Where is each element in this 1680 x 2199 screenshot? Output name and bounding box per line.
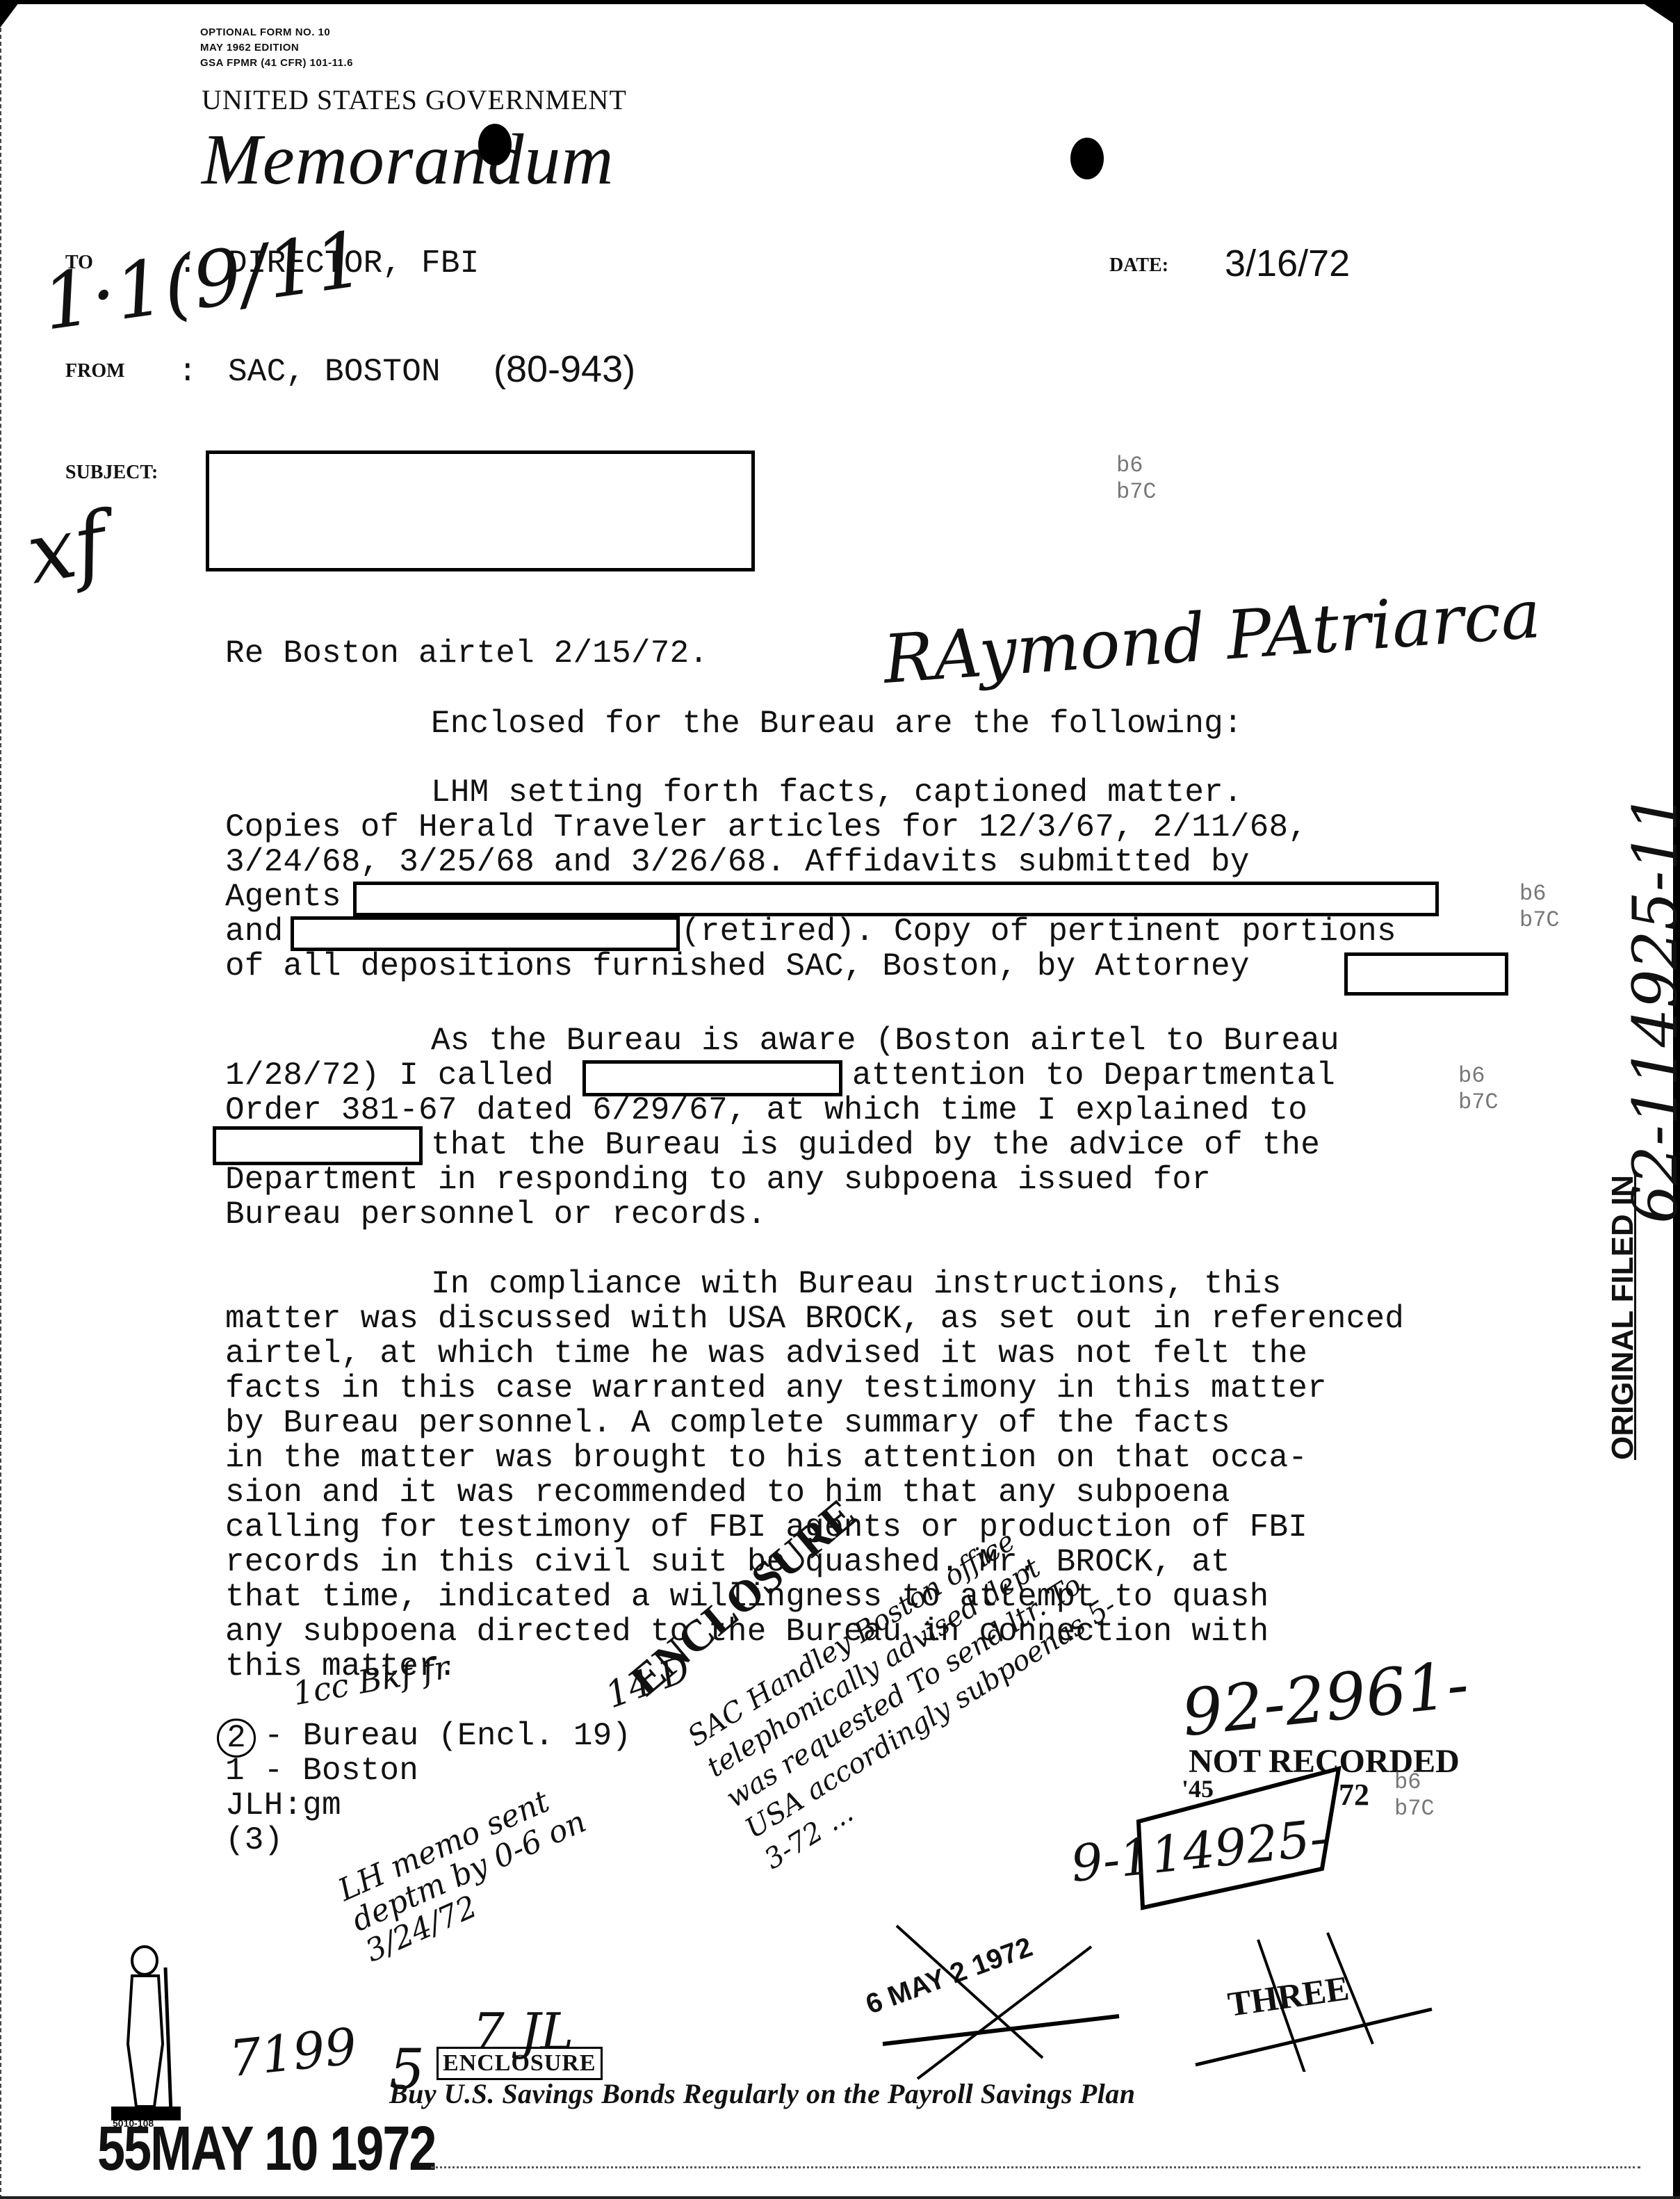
para3-line: airtel, at which time he was advised it … [225, 1336, 1307, 1372]
para2-line: that the Bureau is guided by the advice … [431, 1128, 1320, 1163]
exemption-b7c: b7C [1116, 480, 1157, 505]
para2-line: attention to Departmental [852, 1058, 1335, 1094]
para1-line: 3/24/68, 3/25/68 and 3/26/68. Affidavits… [225, 845, 1250, 880]
form-edition: MAY 1962 EDITION [200, 42, 299, 54]
from-label: FROM [65, 360, 125, 382]
original-filed-in-text: ORIGINAL FILED IN [1606, 1175, 1640, 1460]
government-heading: UNITED STATES GOVERNMENT [202, 83, 627, 116]
from-colon: : [178, 355, 197, 390]
enclosed-intro: Enclosed for the Bureau are the followin… [431, 706, 1243, 742]
reference-line: Re Boston airtel 2/15/72. [225, 636, 708, 672]
scan-edge-left [0, 0, 3, 2199]
para1-line: Copies of Herald Traveler articles for 1… [225, 810, 1307, 845]
received-date-stamp: 55MAY 10 1972 [97, 2113, 435, 2185]
para3-line: matter was discussed with USA BROCK, as … [225, 1301, 1404, 1337]
form-number: OPTIONAL FORM NO. 10 [200, 26, 330, 39]
handwritten-file-number: 92-2961- [1179, 1647, 1472, 1751]
para3-line: sion and it was recommended to him that … [225, 1475, 1230, 1511]
date-value: 3/16/72 [1225, 242, 1350, 285]
distribution-line: - Bureau (Encl. 19) [264, 1719, 631, 1754]
para1-line: LHM setting forth facts, captioned matte… [431, 775, 1243, 811]
redaction-explained-to [213, 1126, 423, 1165]
original-filed-in-stamp: ORIGINAL FILED IN [1606, 1175, 1640, 1460]
exemption-b6: b6 [1458, 1064, 1485, 1089]
handwritten-initials-to: 1·1(9/11 [37, 214, 369, 347]
form-regulation: GSA FPMR (41 CFR) 101-11.6 [200, 57, 353, 70]
redaction-called [582, 1060, 842, 1096]
typist-initials: JLH:gm [225, 1788, 341, 1824]
handwritten-serial-199: 7199 [227, 2017, 359, 2088]
scan-edge-top [0, 0, 1680, 4]
memorandum-page: OPTIONAL FORM NO. 10 MAY 1962 EDITION GS… [0, 0, 1680, 2199]
redaction-agents [353, 882, 1439, 916]
exemption-b6: b6 [1116, 453, 1143, 478]
redaction-subject [206, 451, 755, 571]
subject-label: SUBJECT: [65, 462, 158, 484]
para2-line: Bureau personnel or records. [225, 1197, 767, 1233]
para3-line: calling for testimony of FBI agents or p… [225, 1510, 1307, 1545]
para2-line: 1/28/72) I called [225, 1058, 554, 1094]
punch-hole [1070, 138, 1104, 179]
exemption-b7c: b7C [1458, 1090, 1499, 1115]
scan-edge-bottom [0, 2196, 1680, 2199]
handwritten-main-file-number: 62-114925-11 [1620, 793, 1680, 1224]
from-file-number: (80-943) [494, 348, 635, 391]
handwritten-initial-subject: xf [20, 494, 114, 603]
handwritten-name: RAymond PAtriarca [881, 575, 1543, 699]
para1-line: Agents [225, 879, 341, 915]
minuteman-logo-icon [104, 1940, 188, 2134]
scan-corner [1638, 0, 1680, 28]
exemption-b6: b6 [1519, 882, 1546, 907]
footer-slogan: Buy U.S. Savings Bonds Regularly on the … [389, 2077, 1136, 2110]
cross-out-mark [876, 1919, 1140, 2086]
para3-line: facts in this case warranted any testimo… [225, 1371, 1327, 1406]
exemption-b7c: b7C [1519, 908, 1560, 933]
para2-line: As the Bureau is aware (Boston airtel to… [431, 1023, 1339, 1059]
handwritten-lhm-note: LH memo sent deptm by 0-6 on 3/24/72 [334, 1758, 641, 1968]
para1-line: (retired). Copy of pertinent portions [681, 914, 1396, 950]
date-label: DATE: [1109, 254, 1168, 277]
memorandum-title: Memorandum [202, 118, 614, 201]
enclosure-stamp-boxed: ENCLOSURE [437, 2047, 603, 2080]
punch-hole [478, 124, 512, 165]
para3-line: In compliance with Bureau instructions, … [431, 1267, 1281, 1302]
para3-line: by Bureau personnel. A complete summary … [225, 1406, 1230, 1441]
exemption-b6: b6 [1394, 1770, 1421, 1795]
scan-corner [0, 0, 21, 28]
para2-line: Department in responding to any subpoena… [225, 1162, 1211, 1198]
from-value: SAC, BOSTON [228, 355, 441, 390]
para1-line: of all depositions furnished SAC, Boston… [225, 949, 1250, 984]
redaction-attorney [1344, 952, 1508, 996]
para1-line: and [225, 914, 283, 950]
scan-artifact-line [431, 2166, 1640, 2168]
copy-count: (3) [225, 1823, 283, 1858]
para3-line: in the matter was brought to his attenti… [225, 1441, 1307, 1476]
para2-line: Order 381-67 dated 6/29/67, at which tim… [225, 1093, 1307, 1128]
distribution-line: 1 - Boston [225, 1753, 418, 1789]
redaction-retired-agent [291, 916, 680, 951]
exemption-b7c: b7C [1394, 1796, 1435, 1821]
circled-count: 2 [217, 1719, 256, 1758]
initials-mark [1182, 1905, 1446, 2072]
